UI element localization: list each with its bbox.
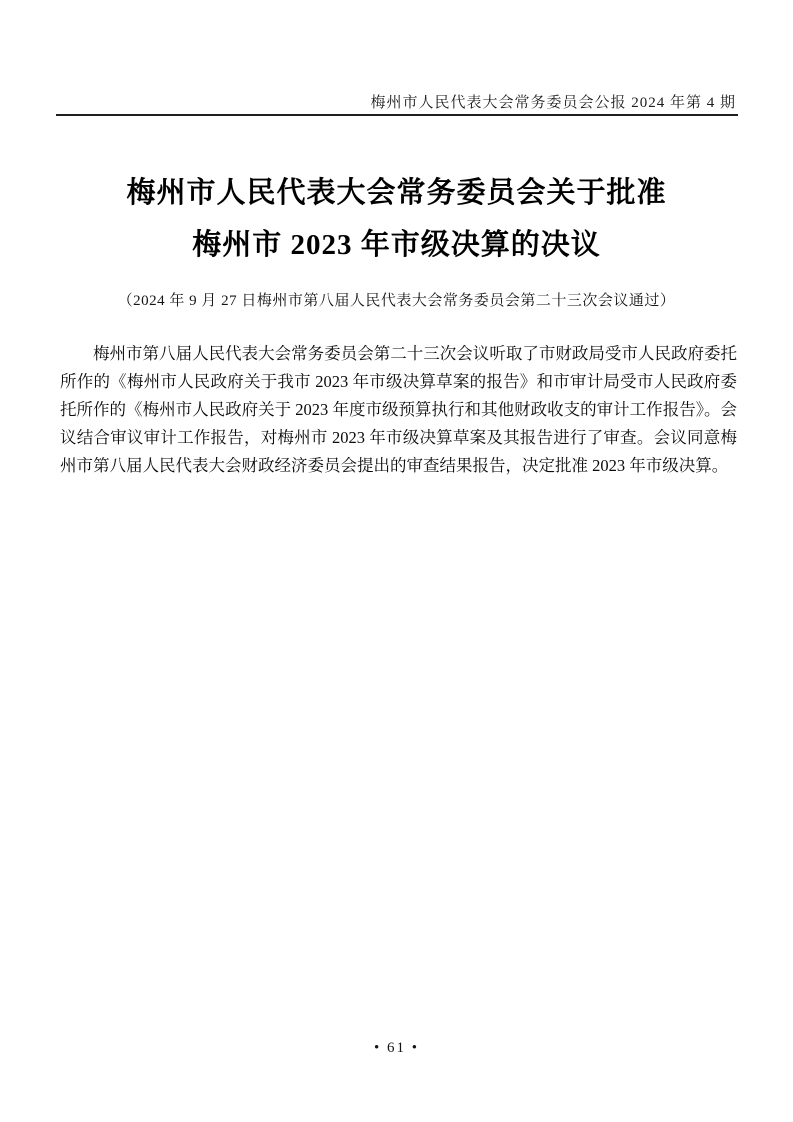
meeting-adoption-note: （2024 年 9 月 27 日梅州市第八届人民代表大会常务委员会第二十三次会议… [0,289,793,310]
page-number: • 61 • [0,1040,793,1057]
header-rule [56,114,738,116]
publication-header: 梅州市人民代表大会常务委员会公报 2024 年第 4 期 [370,91,736,112]
document-title-line2: 梅州市 2023 年市级决算的决议 [192,229,601,261]
document-title: 梅州市人民代表大会常务委员会关于批准 梅州市 2023 年市级决算的决议 [0,167,793,271]
document-page: 梅州市人民代表大会常务委员会公报 2024 年第 4 期 梅州市人民代表大会常务… [0,0,793,1122]
resolution-body-paragraph: 梅州市第八届人民代表大会常务委员会第二十三次会议听取了市财政局受市人民政府委托所… [60,340,737,480]
document-title-line1: 梅州市人民代表大会常务委员会关于批准 [126,177,666,209]
